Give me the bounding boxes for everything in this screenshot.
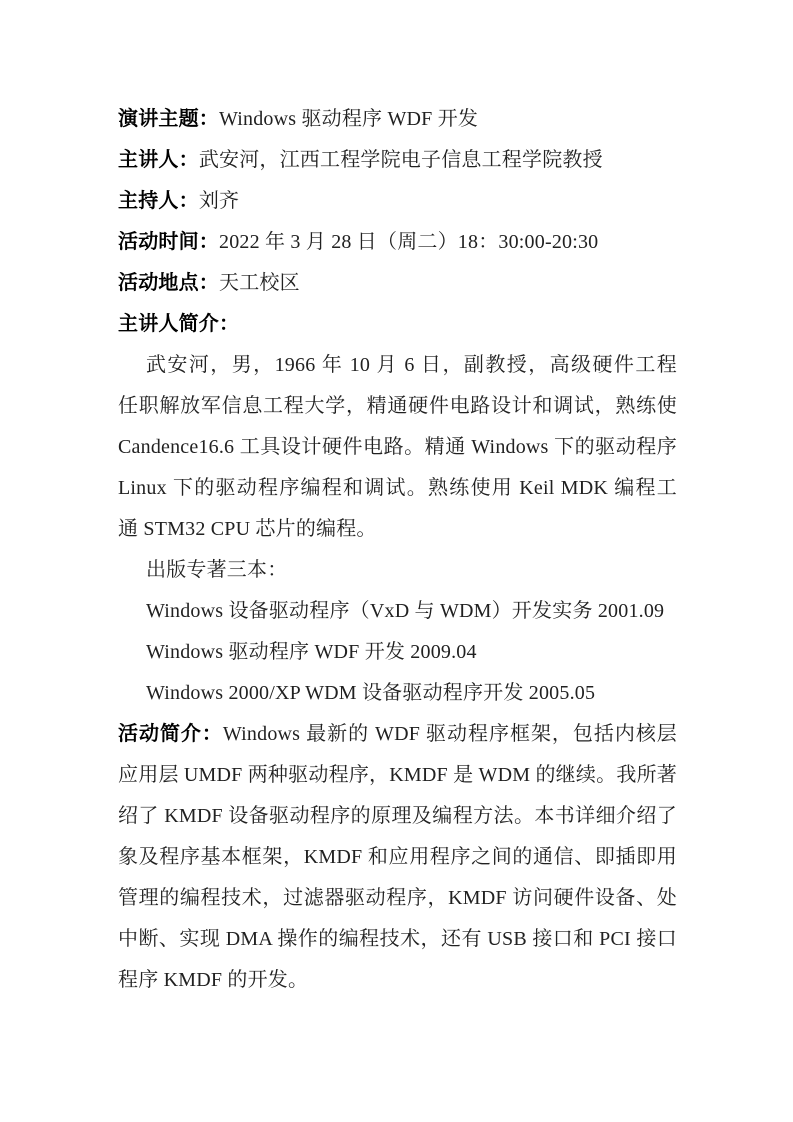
line-event-intro-7: 程序 KMDF 的开发。 (118, 960, 677, 1001)
event-location-value: 天工校区 (219, 272, 300, 294)
books-heading-text: 出版专著三本： (146, 559, 287, 581)
line-speaker: 主讲人：武安河，江西工程学院电子信息工程学院教授 (118, 140, 677, 181)
bio-line-4-text: Linux 下的驱动程序编程和调试。熟练使用 Keil MDK 编程工具，精 (118, 477, 677, 509)
speaker-bio-heading-label: 主讲人简介： (118, 313, 239, 335)
bio-line-5-text: 通 STM32 CPU 芯片的编程。 (118, 518, 377, 540)
book-item-2-text: Windows 驱动程序 WDF 开发 2009.04 (146, 641, 477, 663)
line-event-intro-5: 管理的编程技术，过滤器驱动程序，KMDF 访问硬件设备、处理硬件 (118, 878, 677, 919)
bio-line-3-text: Candence16.6 工具设计硬件电路。精通 Windows 下的驱动程序和 (118, 436, 677, 468)
line-event-intro-1: 活动简介：Windows 最新的 WDF 驱动程序框架，包括内核层 KMDF 和 (118, 714, 677, 755)
line-host: 主持人：刘齐 (118, 181, 677, 222)
bio-line-3: Candence16.6 工具设计硬件电路。精通 Windows 下的驱动程序和 (118, 427, 677, 468)
event-intro-3-text: 绍了 KMDF 设备驱动程序的原理及编程方法。本书详细介绍了 KMDF 对 (118, 805, 677, 837)
line-event-intro-3: 绍了 KMDF 设备驱动程序的原理及编程方法。本书详细介绍了 KMDF 对 (118, 796, 677, 837)
host-label: 主持人： (118, 190, 199, 212)
event-location-label: 活动地点： (118, 272, 219, 294)
event-intro-2-text: 应用层 UMDF 两种驱动程序，KMDF 是 WDM 的继续。我所著的书主要介 (118, 764, 677, 796)
event-time-label: 活动时间： (118, 231, 219, 253)
bio-line-5: 通 STM32 CPU 芯片的编程。 (118, 509, 677, 550)
event-intro-5-text: 管理的编程技术，过滤器驱动程序，KMDF 访问硬件设备、处理硬件 (118, 887, 677, 919)
books-heading: 出版专著三本： (118, 550, 677, 591)
line-event-intro-6: 中断、实现 DMA 操作的编程技术，还有 USB 接口和 PCI 接口设备驱动 (118, 919, 677, 960)
bio-line-1: 武安河，男，1966 年 10 月 6 日，副教授，高级硬件工程师，曾 (118, 345, 677, 386)
event-time-value: 2022 年 3 月 28 日（周二）18：30:00-20:30 (219, 231, 598, 253)
bio-line-2: 任职解放军信息工程大学，精通硬件电路设计和调试，熟练使用 (118, 386, 677, 427)
line-event-time: 活动时间：2022 年 3 月 28 日（周二）18：30:00-20:30 (118, 222, 677, 263)
bio-line-2-text: 任职解放军信息工程大学，精通硬件电路设计和调试，熟练使用 (118, 395, 677, 427)
line-event-intro-4: 象及程序基本框架，KMDF 和应用程序之间的通信、即插即用和电源 (118, 837, 677, 878)
speech-topic-value: Windows 驱动程序 WDF 开发 (219, 108, 478, 130)
book-item-1-text: Windows 设备驱动程序（VxD 与 WDM）开发实务 2001.09 (146, 600, 664, 622)
line-event-location: 活动地点：天工校区 (118, 263, 677, 304)
event-intro-label: 活动简介： (118, 723, 223, 745)
book-item-3: Windows 2000/XP WDM 设备驱动程序开发 2005.05 (118, 673, 677, 714)
event-intro-6-text: 中断、实现 DMA 操作的编程技术，还有 USB 接口和 PCI 接口设备驱动 (118, 928, 677, 960)
line-speaker-bio-heading: 主讲人简介： (118, 304, 677, 345)
speaker-label: 主讲人： (118, 149, 199, 171)
event-intro-4-text: 象及程序基本框架，KMDF 和应用程序之间的通信、即插即用和电源 (118, 846, 677, 878)
book-item-1: Windows 设备驱动程序（VxD 与 WDM）开发实务 2001.09 (118, 591, 677, 632)
book-item-3-text: Windows 2000/XP WDM 设备驱动程序开发 2005.05 (146, 682, 595, 704)
bio-line-4: Linux 下的驱动程序编程和调试。熟练使用 Keil MDK 编程工具，精 (118, 468, 677, 509)
speech-topic-label: 演讲主题： (118, 108, 219, 130)
host-value: 刘齐 (199, 190, 239, 212)
event-intro-7-text: 程序 KMDF 的开发。 (118, 969, 308, 991)
bio-line-1-text: 武安河，男，1966 年 10 月 6 日，副教授，高级硬件工程师，曾 (146, 354, 677, 386)
line-event-intro-2: 应用层 UMDF 两种驱动程序，KMDF 是 WDM 的继续。我所著的书主要介 (118, 755, 677, 796)
line-speech-topic: 演讲主题：Windows 驱动程序 WDF 开发 (118, 99, 677, 140)
document-page: 演讲主题：Windows 驱动程序 WDF 开发 主讲人：武安河，江西工程学院电… (0, 0, 793, 1122)
book-item-2: Windows 驱动程序 WDF 开发 2009.04 (118, 632, 677, 673)
speaker-value: 武安河，江西工程学院电子信息工程学院教授 (199, 149, 603, 171)
